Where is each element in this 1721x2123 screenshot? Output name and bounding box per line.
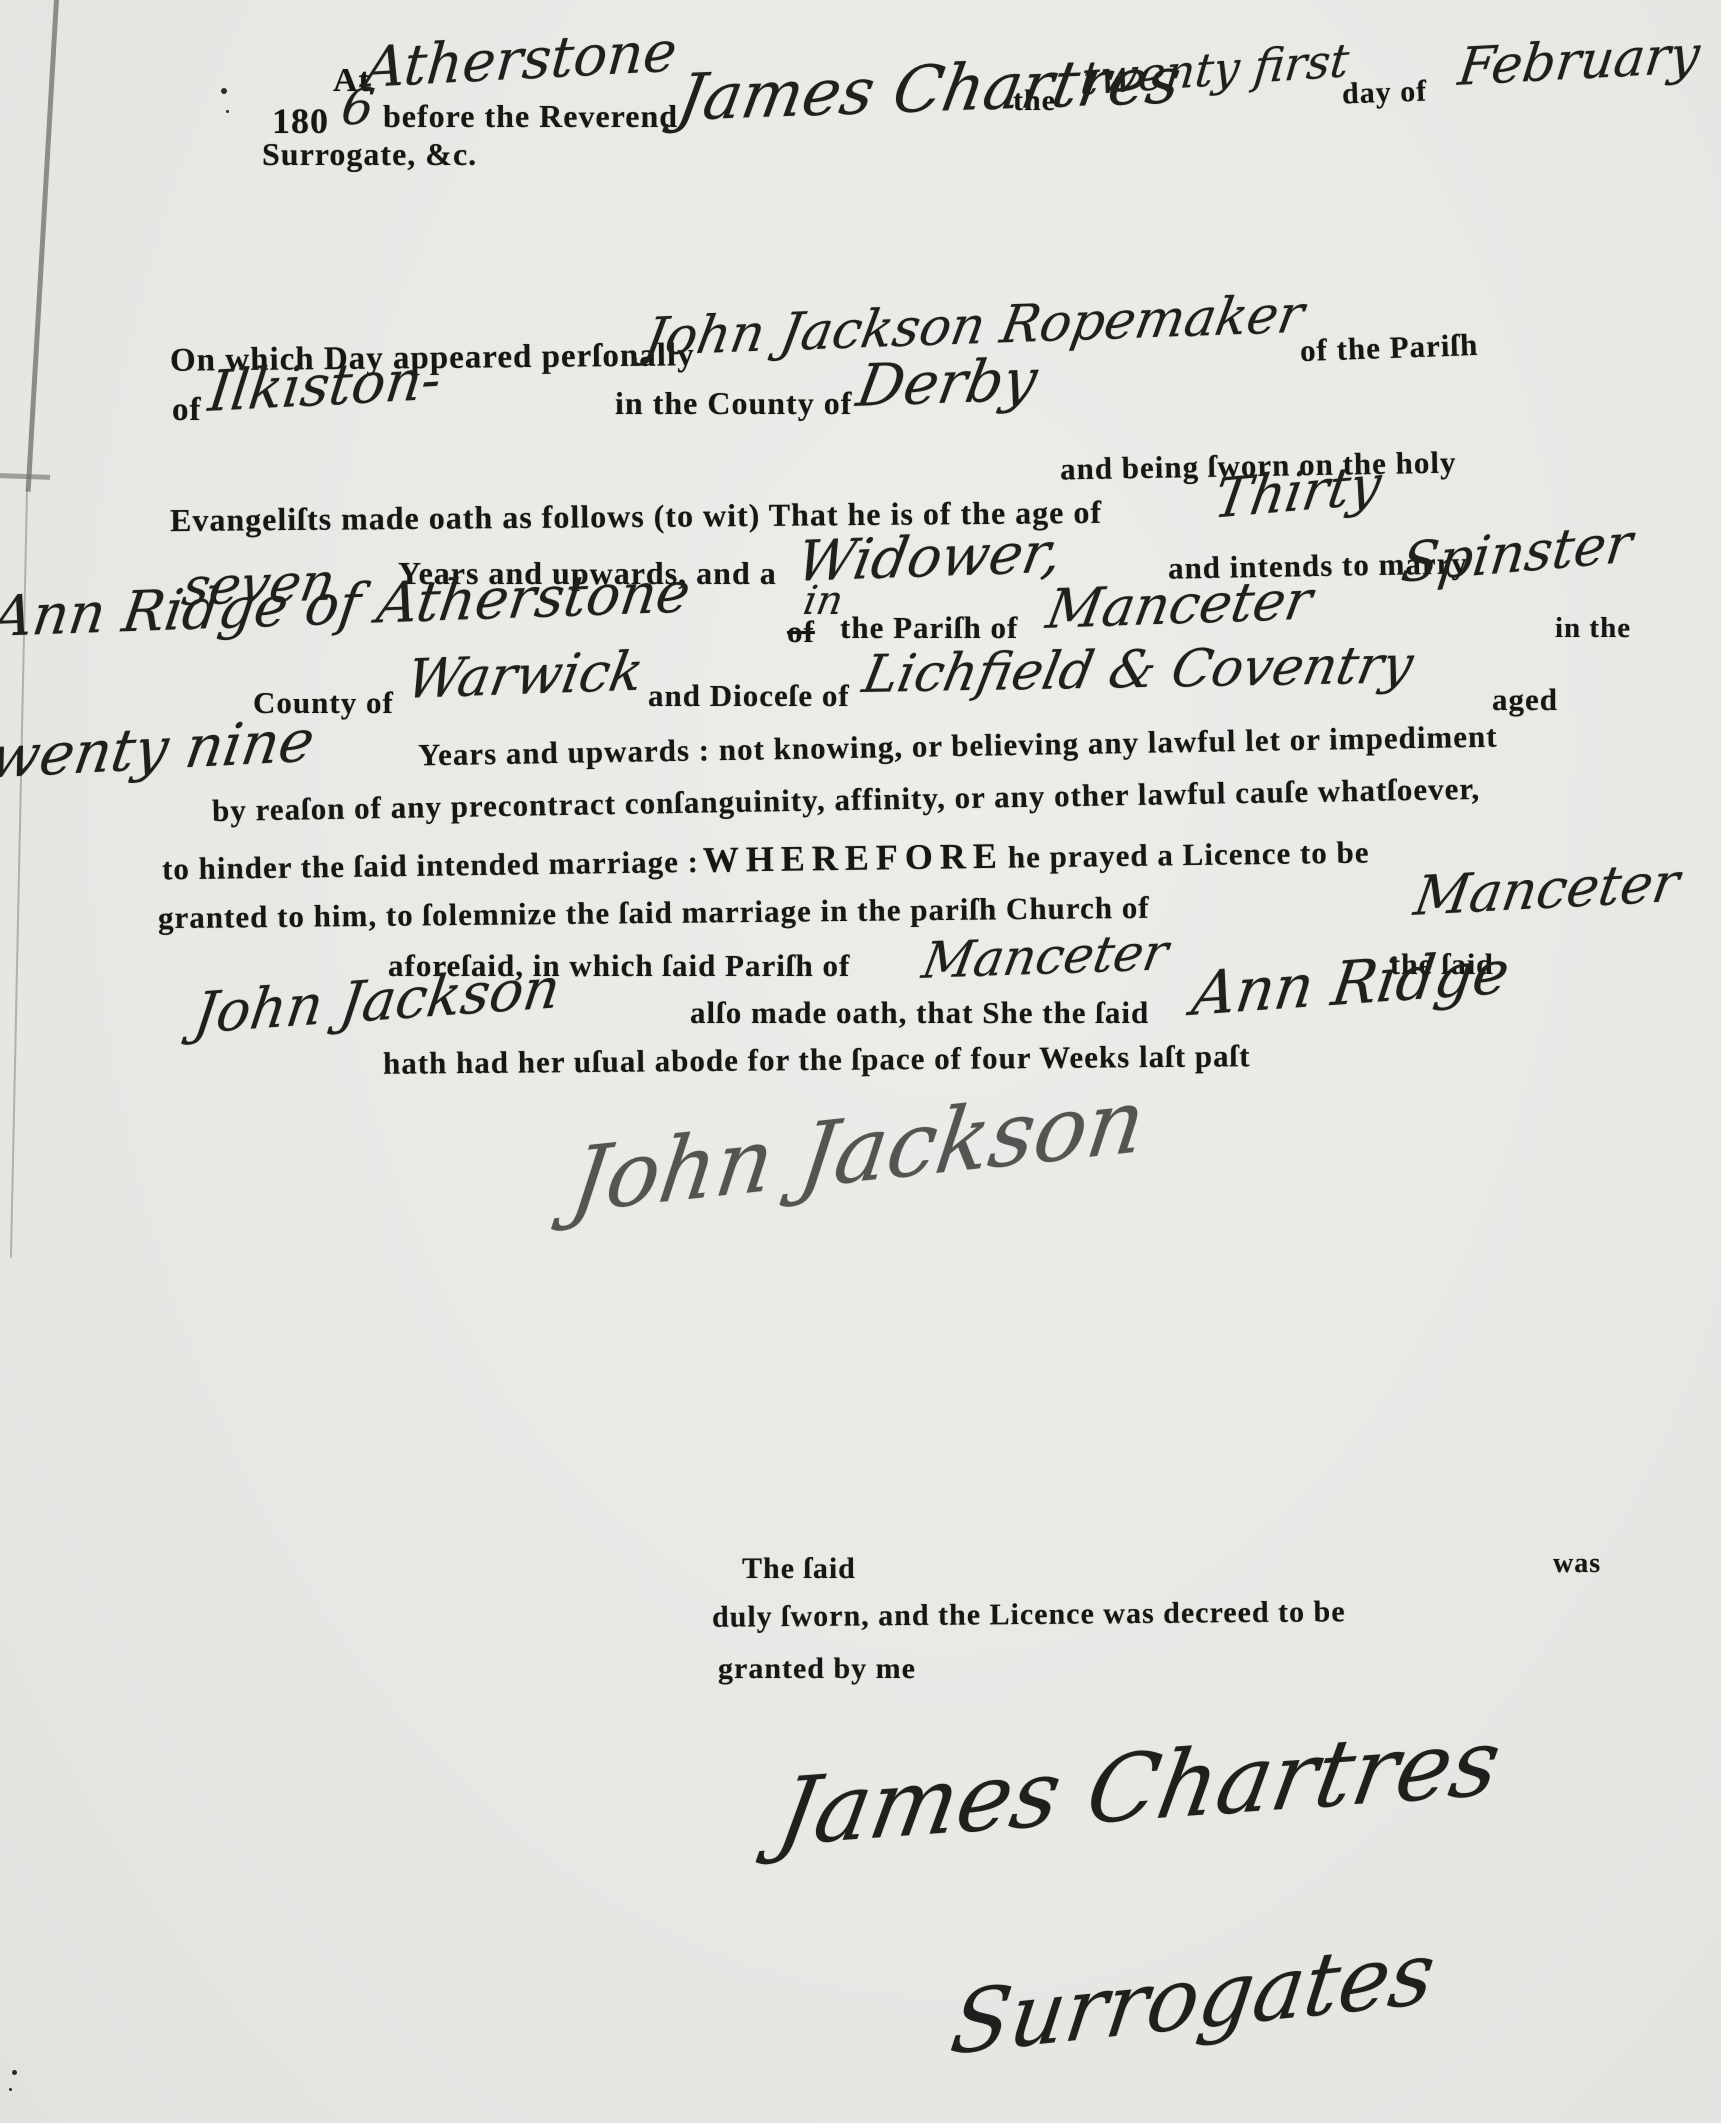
- printed-aged: aged: [1492, 682, 1558, 718]
- handwritten-place: Atherstone: [362, 19, 679, 101]
- handwritten-deponent-county: Derby: [852, 345, 1042, 420]
- printed-duly-sworn: duly ſworn, and the Licence was decreed …: [712, 1595, 1346, 1635]
- handwritten-bride-parish: Manceter: [1042, 568, 1317, 641]
- handwritten-deponent-name-repeat: John Jackson: [190, 956, 564, 1047]
- printed-the-parish-of: the Pariſh of: [840, 610, 1018, 646]
- surrogate-signature: James Chartres: [770, 1708, 1508, 1867]
- printed-also-made-oath: alſo made oath, that She the ſaid: [690, 995, 1149, 1031]
- printed-of-the-parish: of the Pariſh: [1299, 327, 1478, 369]
- marriage-licence-allegation-scan: At Atherstone the twenty first day of Fe…: [0, 0, 1721, 2123]
- printed-day-of: day of: [1341, 75, 1427, 112]
- printed-by-reason: by reaſon of any precontract conſanguini…: [212, 771, 1481, 829]
- handwritten-diocese: Lichfield & Coventry: [858, 635, 1418, 705]
- printed-wherefore-line: to hinder the ſaid intended marriage : W…: [162, 830, 1370, 889]
- printed-decree-was: was: [1553, 1548, 1601, 1580]
- printed-prayed-licence: he prayed a Licence to be: [1008, 835, 1370, 875]
- printed-in-the: in the: [1555, 612, 1631, 645]
- printed-wherefore: WHEREFORE: [703, 836, 1005, 880]
- printed-to-hinder: to hinder the ſaid intended marriage :: [162, 844, 699, 886]
- handwritten-bride-name-repeat: Ann Ridge: [1188, 937, 1514, 1030]
- printed-before-reverend: before the Reverend: [383, 98, 678, 135]
- handwritten-abode-parish: Manceter: [918, 923, 1173, 990]
- printed-of: of: [172, 392, 202, 429]
- printed-and-diocese-of: and Dioceſe of: [648, 678, 850, 714]
- printed-in-the-county-of: in the County of: [615, 385, 852, 422]
- surrogate-title-script: Surrogates: [945, 1922, 1441, 2075]
- ink-speck: [12, 2070, 17, 2075]
- handwritten-bride-county: Warwick: [402, 639, 648, 711]
- handwritten-year-digit: 6: [338, 78, 378, 136]
- printed-of-struck-through: of: [787, 614, 815, 650]
- printed-years-not-knowing: Years and upwards : not knowing, or beli…: [418, 719, 1498, 774]
- fold-crease-top: [26, 0, 60, 492]
- handwritten-month: February: [1455, 25, 1703, 98]
- printed-decree-the-said: The ſaid: [742, 1552, 856, 1586]
- handwritten-bride-age: twenty nine: [0, 706, 319, 793]
- handwritten-reverend-name: James Chartres: [672, 44, 1186, 136]
- fold-crease-tick: [0, 473, 50, 480]
- ink-speck: [9, 2088, 12, 2091]
- printed-surrogate-etc: Surrogate, &c.: [262, 136, 477, 173]
- handwritten-bride-condition-spinster: Spinster: [1398, 511, 1636, 595]
- ink-speck: [226, 110, 229, 113]
- handwritten-bride-name-place: Ann Ridge of Atherstone: [0, 560, 694, 650]
- ink-speck: [221, 88, 227, 94]
- handwritten-deponent-parish: Ilkiston-: [205, 347, 445, 425]
- printed-granted-by-me: granted by me: [718, 1652, 916, 1686]
- deponent-signature: John Jackson: [565, 1068, 1151, 1233]
- handwritten-church-parish: Manceter: [1410, 851, 1684, 928]
